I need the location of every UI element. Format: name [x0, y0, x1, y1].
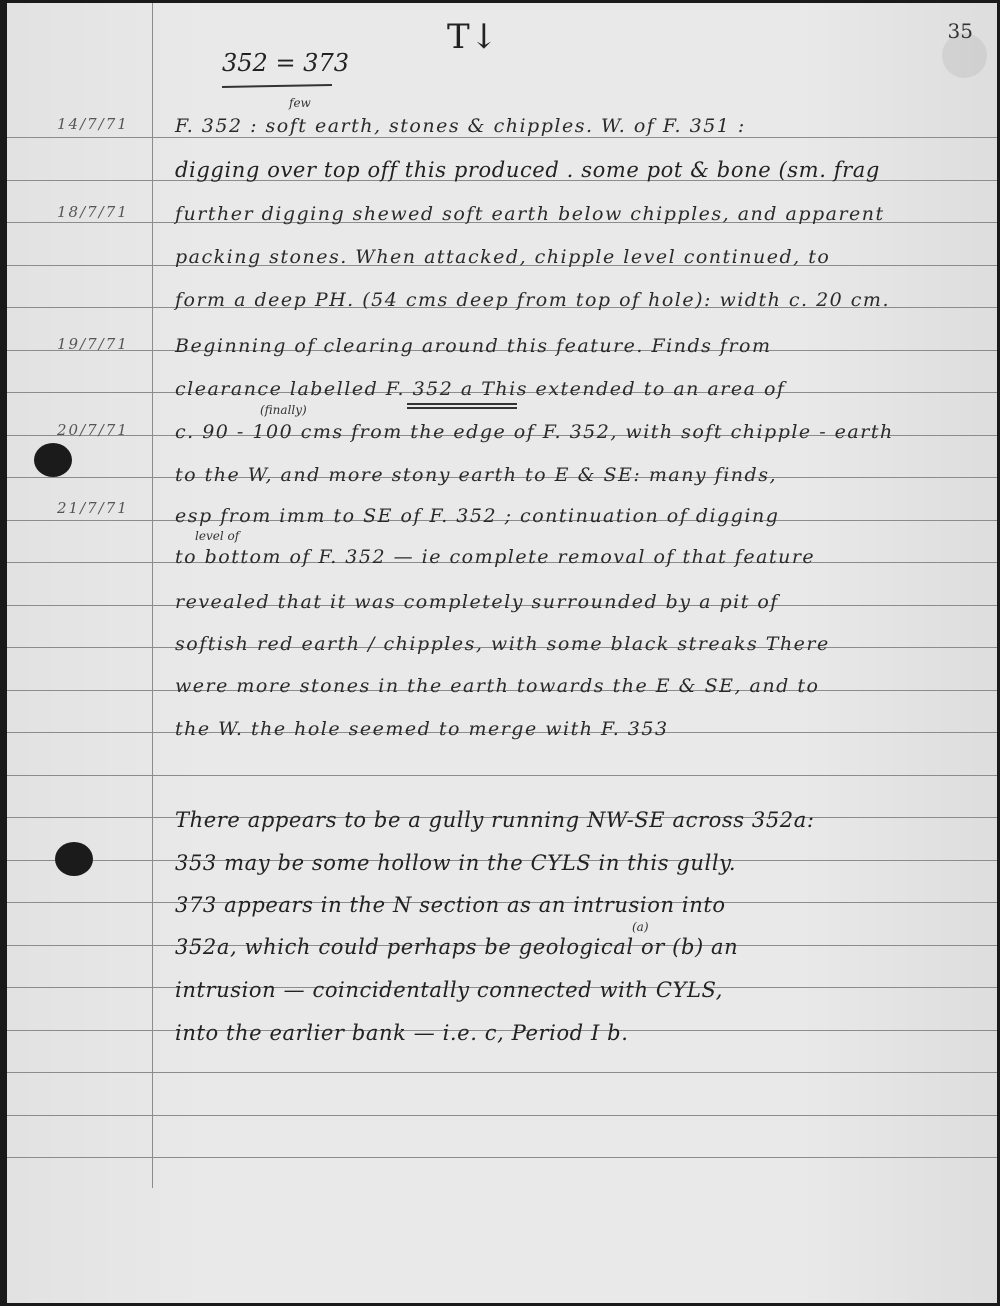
- double-underline: [407, 407, 517, 409]
- margin-line: [152, 3, 153, 1188]
- entry-date: 21/7/71: [57, 499, 129, 517]
- entry-line: to the W, and more stony earth to E & SE…: [175, 464, 777, 486]
- ruled-line: [7, 1157, 997, 1158]
- punch-hole-upper: [34, 443, 72, 477]
- entry-line: packing stones. When attacked, chipple l…: [175, 246, 830, 268]
- ruled-line: [7, 775, 997, 776]
- inserted-word: level of: [195, 529, 239, 543]
- entry-line: clearance labelled F. 352 a This extende…: [175, 378, 785, 400]
- page-number: 35: [948, 19, 973, 43]
- entry-line: the W. the hole seemed to merge with F. …: [175, 718, 669, 740]
- entry-date: 19/7/71: [57, 335, 129, 353]
- entry-line: further digging shewed soft earth below …: [175, 203, 885, 225]
- entry-date: 18/7/71: [57, 203, 129, 221]
- entry-line: Beginning of clearing around this featur…: [175, 335, 772, 357]
- punch-hole-lower: [55, 842, 93, 876]
- entry-line: F. 352 : soft earth, stones & chipples. …: [175, 115, 746, 137]
- inserted-word: few: [289, 96, 311, 110]
- note-line: into the earlier bank — i.e. c, Period I…: [175, 1021, 629, 1045]
- inserted-mark: (a): [632, 920, 649, 934]
- entry-line: form a deep PH. (54 cms deep from top of…: [175, 289, 890, 311]
- note-line: 352a, which could perhaps be geological …: [175, 935, 738, 959]
- entry-line: esp from imm to SE of F. 352 ; continuat…: [175, 505, 779, 527]
- entry-line: c. 90 - 100 cms from the edge of F. 352,…: [175, 421, 894, 443]
- notebook-page: 35 352 = 373 T↓ 14/7/71 few F. 352 : sof…: [7, 3, 997, 1303]
- entry-line: were more stones in the earth towards th…: [175, 675, 819, 697]
- note-line: 353 may be some hollow in the CYLS in th…: [175, 851, 736, 875]
- note-line: 373 appears in the N section as an intru…: [175, 893, 726, 917]
- entry-date: 20/7/71: [57, 421, 129, 439]
- ruled-line: [7, 1115, 997, 1116]
- entry-line: softish red earth / chipples, with some …: [175, 633, 830, 655]
- note-line: intrusion — coincidentally connected wit…: [175, 978, 723, 1002]
- entry-line: digging over top off this produced . som…: [175, 158, 880, 182]
- note-line: There appears to be a gully running NW-S…: [175, 808, 815, 832]
- check-mark-annotation: T↓: [447, 17, 498, 57]
- ruled-line: [7, 1072, 997, 1073]
- entry-line: revealed that it was completely surround…: [175, 591, 779, 613]
- entry-line: to bottom of F. 352 — ie complete remova…: [175, 546, 815, 568]
- heading-underline: [222, 84, 332, 88]
- page-heading: 352 = 373: [222, 49, 349, 77]
- ruled-line: [7, 137, 997, 138]
- entry-date: 14/7/71: [57, 115, 129, 133]
- inserted-word: (finally): [260, 403, 307, 417]
- double-underline: [407, 403, 517, 405]
